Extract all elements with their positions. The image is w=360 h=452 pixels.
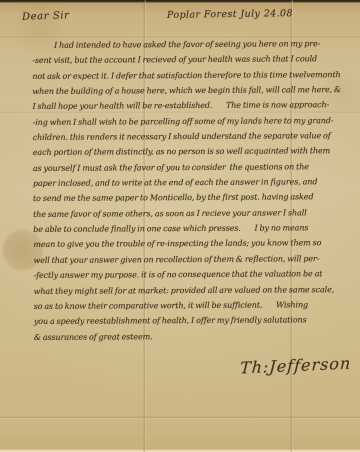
letter-line: -fectly answer my purpose. it is of no c… xyxy=(33,266,348,283)
dateline: Poplar Forest July 24.08 xyxy=(167,8,293,21)
letter-scan: Dear Sir Poplar Forest July 24.08 I had … xyxy=(0,0,360,452)
letter-line: & assurances of great esteem. xyxy=(34,328,349,345)
letter-line: what they might sell for at market: prov… xyxy=(34,282,349,299)
letter-line: each portion of them distinctly. as no p… xyxy=(33,143,348,160)
letter-body: I had intended to have asked the favor o… xyxy=(32,36,349,345)
letter-line: I shall hope your health will be re-esta… xyxy=(32,97,347,114)
letter-line: mean to give you the trouble of re-inspe… xyxy=(33,236,348,253)
letter-line: you a speedy reestablishment of health, … xyxy=(34,312,349,329)
fold-crease-horizontal-bottom xyxy=(0,416,360,419)
scan-edge-top xyxy=(0,0,360,3)
salutation: Dear Sir xyxy=(22,10,70,23)
letter-line: -sent visit, but the account I recieved … xyxy=(32,51,347,68)
letter-line: to send me the same paper to Monticello,… xyxy=(33,189,348,206)
